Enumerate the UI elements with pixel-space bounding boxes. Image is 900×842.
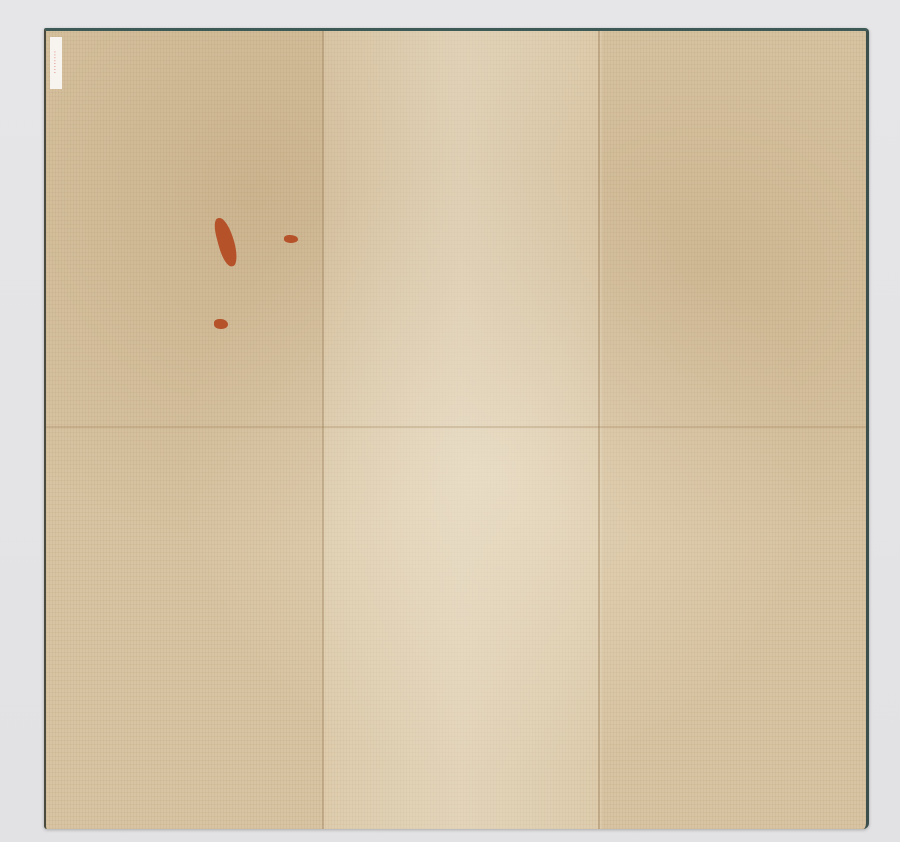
horizontal-fold xyxy=(46,426,866,428)
stain xyxy=(284,235,298,243)
inventory-label: ........ xyxy=(50,37,62,89)
label-text: ........ xyxy=(53,51,60,75)
center-panel xyxy=(322,31,602,829)
seam-right xyxy=(598,31,600,829)
seam-left xyxy=(322,31,324,829)
stain xyxy=(212,216,240,268)
linen-cloth xyxy=(44,28,869,829)
stain xyxy=(214,319,228,329)
